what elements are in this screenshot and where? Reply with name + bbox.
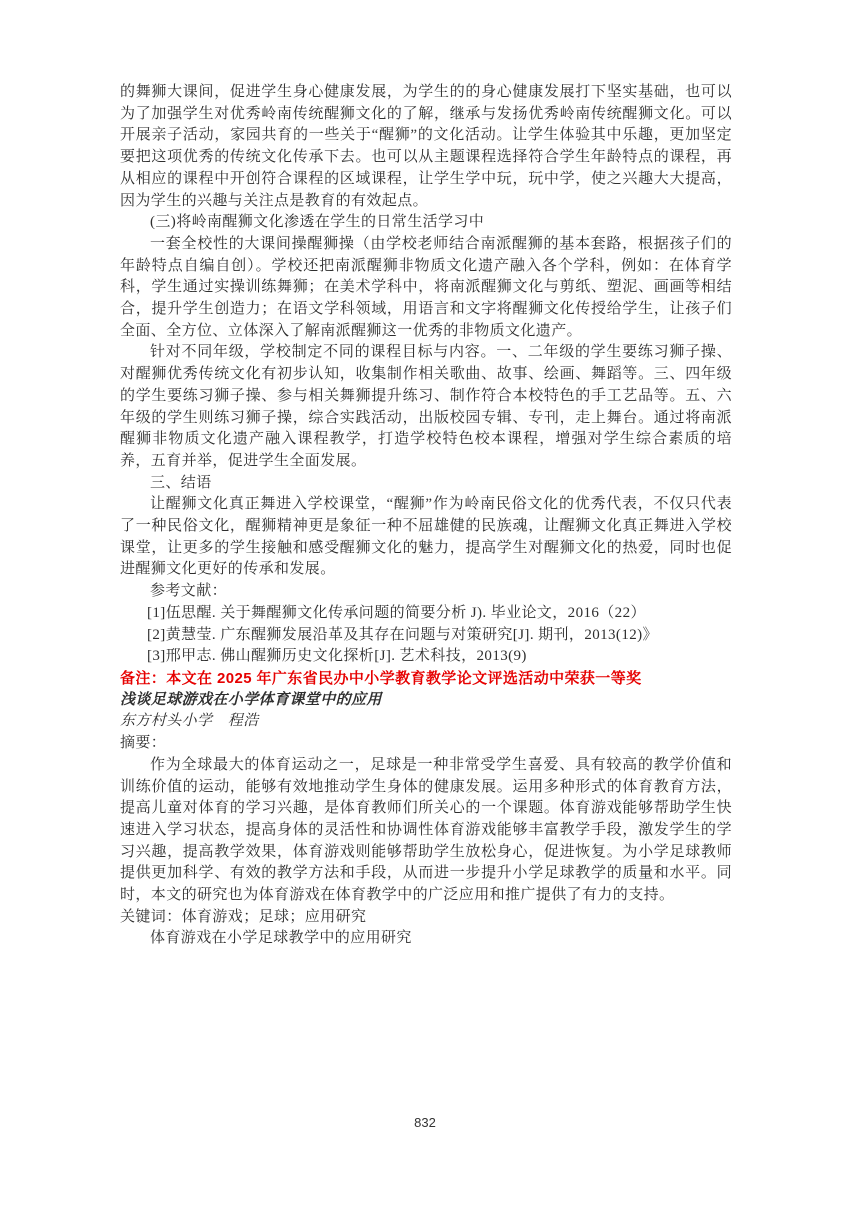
paragraph-conclusion: 让醒狮文化真正舞进入学校课堂，“醒狮”作为岭南民俗文化的优秀代表，不仅只代表了一…	[120, 494, 732, 581]
page-footer: 832	[0, 1115, 850, 1130]
research-subtitle: 体育游戏在小学足球教学中的应用研究	[120, 928, 732, 950]
paragraph-continuation: 的舞狮大课间，促进学生身心健康发展，为学生的的身心健康发展打下坚实基础，也可以为…	[120, 82, 732, 212]
reference-item-1: [1]伍思醒. 关于舞醒狮文化传承问题的简要分析 J). 毕业论文，2016（2…	[120, 603, 732, 625]
paragraph-grade-levels: 针对不同年级，学校制定不同的课程目标与内容。一、二年级的学生要练习狮子操、对醒狮…	[120, 342, 732, 472]
article-lion-dance: 的舞狮大课间，促进学生身心健康发展，为学生的的身心健康发展打下坚实基础，也可以为…	[120, 82, 732, 690]
section-heading-3: (三)将岭南醒狮文化渗透在学生的日常生活学习中	[120, 212, 732, 234]
reference-item-3: [3]邢甲志. 佛山醒狮历史文化探析[J]. 艺术科技，2013(9)	[120, 646, 732, 668]
abstract-paragraph: 作为全球最大的体育运动之一，足球是一种非常受学生喜爱、具有较高的教学价值和训练价…	[120, 755, 732, 907]
paragraph-curriculum-integration: 一套全校性的大课间操醒狮操（由学校老师结合南派醒狮的基本套路，根据孩子们的年龄特…	[120, 234, 732, 343]
award-note: 备注：本文在 2025 年广东省民办中小学教育教学论文评选活动中荣获一等奖	[120, 668, 732, 690]
page-content: 的舞狮大课间，促进学生身心健康发展，为学生的的身心健康发展打下坚实基础，也可以为…	[120, 82, 732, 950]
heading-conclusion: 三、结语	[120, 473, 732, 495]
article-football: 浅谈足球游戏在小学体育课堂中的应用 东方村头小学 程浩 摘要： 作为全球最大的体…	[120, 690, 732, 950]
article2-author: 东方村头小学 程浩	[120, 711, 732, 733]
references-label: 参考文献：	[120, 581, 732, 603]
page-number: 832	[414, 1115, 436, 1130]
reference-item-2: [2]黄慧莹. 广东醒狮发展沿革及其存在问题与对策研究[J]. 期刊，2013(…	[120, 625, 732, 647]
document-page: 的舞狮大课间，促进学生身心健康发展，为学生的的身心健康发展打下坚实基础，也可以为…	[0, 0, 850, 1205]
article2-title: 浅谈足球游戏在小学体育课堂中的应用	[120, 690, 732, 712]
abstract-label: 摘要：	[120, 733, 732, 755]
keywords-line: 关键词：体育游戏；足球；应用研究	[120, 907, 732, 929]
